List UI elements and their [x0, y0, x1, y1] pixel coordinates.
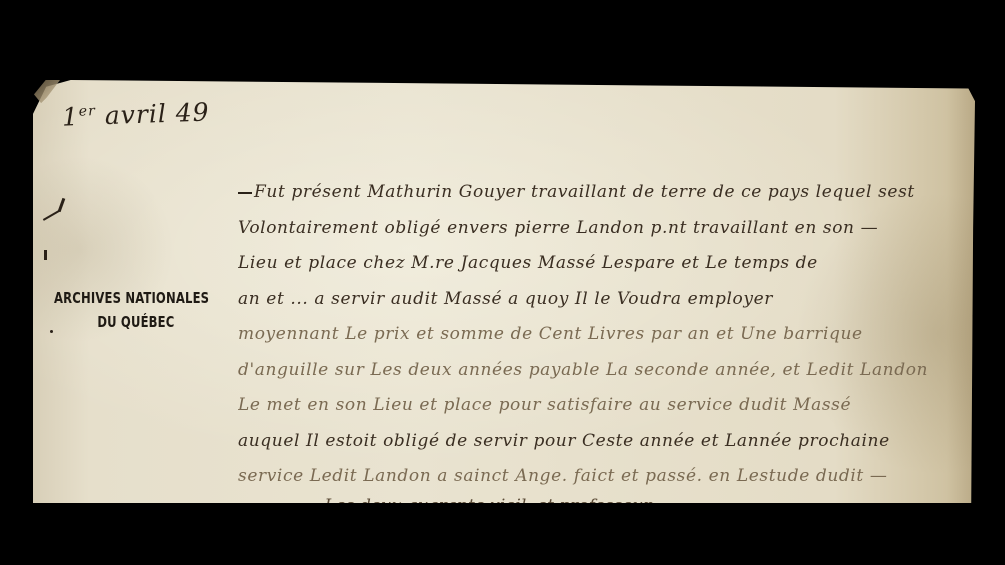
cutoff-line: ... ... ... ... Les deux quarante vieil,… — [238, 492, 968, 503]
manuscript-body: Fut présent Mathurin Gouyer travaillant … — [238, 175, 968, 495]
line-text: d'anguille sur Les deux années payable L… — [238, 360, 928, 380]
manuscript-line: Volontairement obligé envers pierre Land… — [238, 211, 968, 247]
date-heading: 1er avril 49 — [62, 97, 211, 131]
line-text: Lieu et place chez M.re Jacques Massé Le… — [238, 253, 818, 273]
manuscript-line: Le met en son Lieu et place pour satisfa… — [238, 388, 968, 424]
line-text: an et ... a servir audit Massé a quoy Il… — [238, 289, 773, 309]
line-text: Volontairement obligé envers pierre Land… — [238, 218, 878, 238]
line-text: service Ledit Landon a sainct Ange. faic… — [238, 466, 887, 486]
manuscript-line: Fut présent Mathurin Gouyer travaillant … — [238, 175, 968, 211]
cutoff-line-text: ... ... ... ... Les deux quarante vieil,… — [238, 496, 652, 503]
line-text: Fut présent Mathurin Gouyer travaillant … — [254, 182, 915, 202]
document-viewer: 1er avril 49 ARCHIVES NATIONALES DU QUÉB… — [0, 0, 1005, 565]
stamp-line-2: DU QUÉBEC — [54, 310, 209, 334]
date-rest: avril 49 — [95, 97, 210, 130]
lead-dash — [238, 192, 252, 194]
line-text: moyennant Le prix et somme de Cent Livre… — [238, 324, 863, 344]
date-day: 1 — [62, 102, 80, 132]
manuscript-line: service Ledit Landon a sainct Ange. faic… — [238, 459, 968, 495]
manuscript-line: Lieu et place chez M.re Jacques Massé Le… — [238, 246, 968, 282]
archive-stamp: ARCHIVES NATIONALES DU QUÉBEC — [54, 286, 209, 334]
date-ordinal: er — [78, 103, 96, 120]
line-text: auquel Il estoit obligé de servir pour C… — [238, 431, 890, 451]
manuscript-line: an et ... a servir audit Massé a quoy Il… — [238, 282, 968, 318]
manuscript-line: auquel Il estoit obligé de servir pour C… — [238, 424, 968, 460]
line-text: Le met en son Lieu et place pour satisfa… — [238, 395, 851, 415]
manuscript-line: d'anguille sur Les deux années payable L… — [238, 353, 968, 389]
margin-dot — [50, 330, 53, 333]
manuscript-line: moyennant Le prix et somme de Cent Livre… — [238, 317, 968, 353]
margin-tear-mark — [44, 250, 47, 260]
stamp-line-1: ARCHIVES NATIONALES — [54, 286, 209, 310]
